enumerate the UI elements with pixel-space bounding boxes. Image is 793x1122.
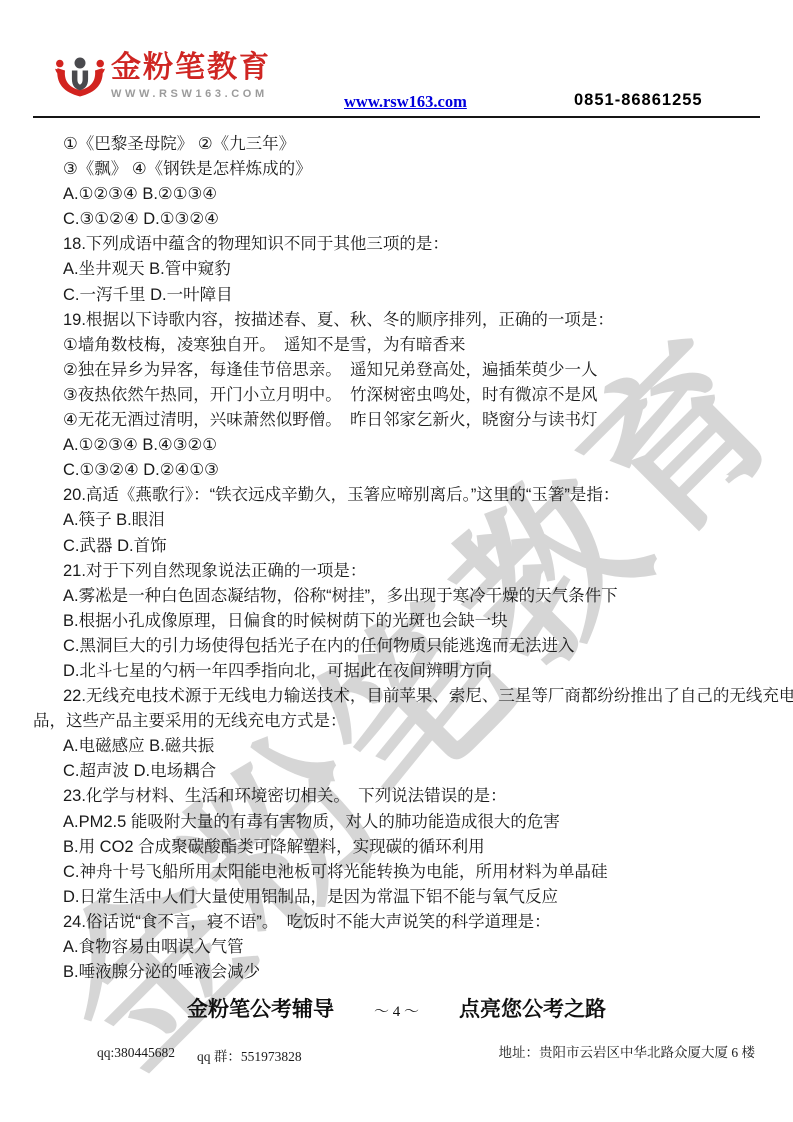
footer-title-row: 金粉笔公考辅导 ～ 4 ～ 点亮您公考之路 [0,993,793,1023]
body-line: C.③①②④ D.①③②④ [33,207,760,232]
body-line: 21.对于下列自然现象说法正确的一项是： [33,559,760,584]
body-line: B.唾液腺分泌的唾液会减少 [33,960,760,985]
header-divider [33,116,760,118]
body-line: A.电磁感应 B.磁共振 [33,734,760,759]
document-page: 金粉笔教育 金粉笔教育 WWW.RSW163.COM www.rsw163.co… [0,0,793,1122]
body-line: 18.下列成语中蕴含的物理知识不同于其他三项的是： [33,232,760,257]
body-line: A.PM2.5 能吸附大量的有毒有害物质，对人的肺功能造成很大的危害 [33,810,760,835]
body-line: C.黑洞巨大的引力场使得包括光子在内的任何物质只能逃逸而无法进入 [33,634,760,659]
footer-slogan: 点亮您公考之路 [459,993,606,1023]
body-line: 品，这些产品主要采用的无线充电方式是： [33,709,760,734]
body-line: A.食物容易由咽误入气管 [33,935,760,960]
body-line: ①《巴黎圣母院》 ②《九三年》 [33,132,760,157]
body-line: ①墙角数枝梅，凌寒独自开。 遥知不是雪，为有暗香来 [33,333,760,358]
brand-logo-icon [54,44,106,112]
body-line: D.日常生活中人们大量使用铝制品，是因为常温下铝不能与氧气反应 [33,885,760,910]
qq-number: qq:380445682 [97,1045,175,1065]
body-line: 20.高适《燕歌行》：“铁衣远戍辛勤久，玉箸应啼别离后。”这里的“玉箸”是指： [33,483,760,508]
body-line: B.用 CO2 合成聚碳酸酯类可降解塑料，实现碳的循环利用 [33,835,760,860]
body-line: 19.根据以下诗歌内容，按描述春、夏、秋、冬的顺序排列，正确的一项是： [33,308,760,333]
body-line: ③夜热依然午热同，开门小立月明中。 竹深树密虫鸣处，时有微凉不是风 [33,383,760,408]
body-line: C.超声波 D.电场耦合 [33,759,760,784]
body-line: 22.无线充电技术源于无线电力输送技术，目前苹果、索尼、三星等厂商都纷纷推出了自… [33,684,760,709]
body-line: A.筷子 B.眼泪 [33,508,760,533]
question-text-block: ①《巴黎圣母院》 ②《九三年》③《飘》 ④《钢铁是怎样炼成的》A.①②③④ B.… [33,132,760,985]
brand-logo-text: 金粉笔教育 WWW.RSW163.COM [111,52,271,100]
body-line: C.神舟十号飞船所用太阳能电池板可将光能转换为电能，所用材料为单晶硅 [33,860,760,885]
body-line: ②独在异乡为异客，每逢佳节倍思亲。 遥知兄弟登高处，遍插茱萸少一人 [33,358,760,383]
qq-group-number: qq 群：551973828 [197,1045,302,1065]
body-line: C.①③②④ D.②④①③ [33,458,760,483]
body-line: D.北斗七星的勺柄一年四季指向北，可据此在夜间辨明方向 [33,659,760,684]
website-link[interactable]: www.rsw163.com [344,92,467,112]
footer-contact-row: qq:380445682 qq 群：551973828 地址：贵阳市云岩区中华北… [97,1041,755,1065]
body-line: C.武器 D.首饰 [33,534,760,559]
body-line: A.坐井观天 B.管中窥豹 [33,257,760,282]
body-line: A.①②③④ B.②①③④ [33,182,760,207]
phone-number: 0851-86861255 [574,91,703,110]
qq-contacts: qq:380445682 qq 群：551973828 [97,1045,302,1065]
brand-site-caption: WWW.RSW163.COM [111,88,271,100]
body-line: 24.俗话说“食不言，寝不语”。 吃饭时不能大声说笑的科学道理是： [33,910,760,935]
body-line: ④无花无酒过清明，兴味萧然似野僧。 昨日邻家乞新火，晓窗分与读书灯 [33,408,760,433]
footer-brand: 金粉笔公考辅导 [187,993,334,1023]
body-line: C.一泻千里 D.一叶障目 [33,283,760,308]
body-line: ③《飘》 ④《钢铁是怎样炼成的》 [33,157,760,182]
page-number: ～ 4 ～ [374,1000,419,1021]
body-line: A.雾凇是一种白色固态凝结物，俗称“树挂”，多出现于寒冷干燥的天气条件下 [33,584,760,609]
body-line: A.①②③④ B.④③②① [33,433,760,458]
body-line: B.根据小孔成像原理，日偏食的时候树荫下的光斑也会缺一块 [33,609,760,634]
brand-logo: 金粉笔教育 WWW.RSW163.COM [54,44,271,112]
brand-name: 金粉笔教育 [111,52,271,84]
body-line: 23.化学与材料、生活和环境密切相关。 下列说法错误的是： [33,784,760,809]
address: 地址：贵阳市云岩区中华北路众厦大厦 6 楼 [499,1041,756,1061]
